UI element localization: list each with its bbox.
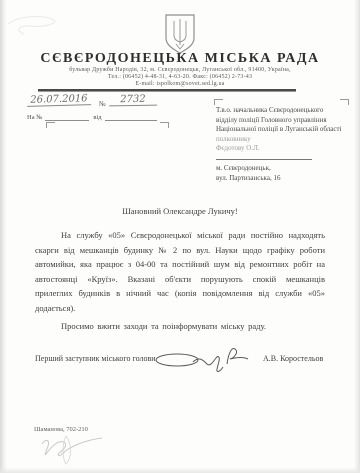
- vid-label: від: [93, 114, 101, 121]
- address-zone-corner-mark: [160, 122, 169, 128]
- signature-row: Перший заступник міського голови А.В. Ко…: [35, 346, 335, 376]
- recipient-line: Т.в.о. начальника Сєвєродонецького: [216, 106, 348, 116]
- letter-body: На службу «05» Сєвєродонецької міської р…: [35, 228, 325, 338]
- letterhead-email: E-mail: ispolkom@sovet.sed.lg.ua: [0, 81, 360, 87]
- salutation: Шановний Олександре Лукичу!: [35, 206, 325, 216]
- reference-row: 26.07.2016 № 2732: [27, 92, 187, 108]
- coat-of-arms-trident-icon: [163, 14, 197, 54]
- recipient-street: вул. Партизанська, 16: [216, 174, 348, 184]
- body-paragraph-2: Просимо вжити заходи та поінформувати мі…: [35, 319, 325, 334]
- pencil-scribble-top-left: [4, 10, 62, 42]
- organization-title: СЄВЄРОДОНЕЦЬКА МІСЬКА РАДА: [0, 51, 360, 67]
- incoming-date-blank: [105, 113, 157, 121]
- recipient-divider: [216, 159, 312, 160]
- recipient-zone-corner-mark: [340, 99, 349, 105]
- recipient-name: Фєдотову О.Л.: [216, 144, 348, 154]
- body-paragraph-1: На службу «05» Сєвєродонецької міської р…: [35, 228, 325, 315]
- signer-name: А.В. Коростельов: [263, 354, 323, 363]
- scan-edge-shadow-bottom: [0, 467, 360, 473]
- executor-initials-handwritten: [36, 432, 106, 466]
- address-zone-corner-mark: [46, 122, 55, 128]
- incoming-number-blank: [45, 113, 89, 121]
- recipient-line: відділу поліції Головного управління: [216, 116, 348, 126]
- recipient-rank: полковнику: [216, 135, 348, 145]
- number-sign-label: №: [99, 100, 106, 108]
- incoming-reference-row: На №від: [27, 113, 157, 121]
- recipient-line: Національної поліції в Луганській област…: [216, 125, 348, 135]
- recipient-city: м. Сєвєродонецьк,: [216, 164, 348, 174]
- handwritten-signature: [153, 344, 259, 374]
- recipient-block: Т.в.о. начальника Сєвєродонецького відді…: [216, 106, 348, 183]
- letterhead-address: бульвар Дружби Народів, 32, м. Сєвєродон…: [0, 67, 360, 73]
- outgoing-date-handwritten: 26.07.2016: [27, 93, 91, 107]
- letterhead-phone-fax: Тел.: (06452) 4-48-31, 4-63-20. Факс: (0…: [0, 74, 360, 80]
- outgoing-number-handwritten: 2732: [109, 94, 157, 107]
- na-number-label: На №: [27, 114, 42, 121]
- signer-title: Перший заступник міського голови: [35, 354, 156, 363]
- recipient-zone-corner-mark: [214, 99, 223, 105]
